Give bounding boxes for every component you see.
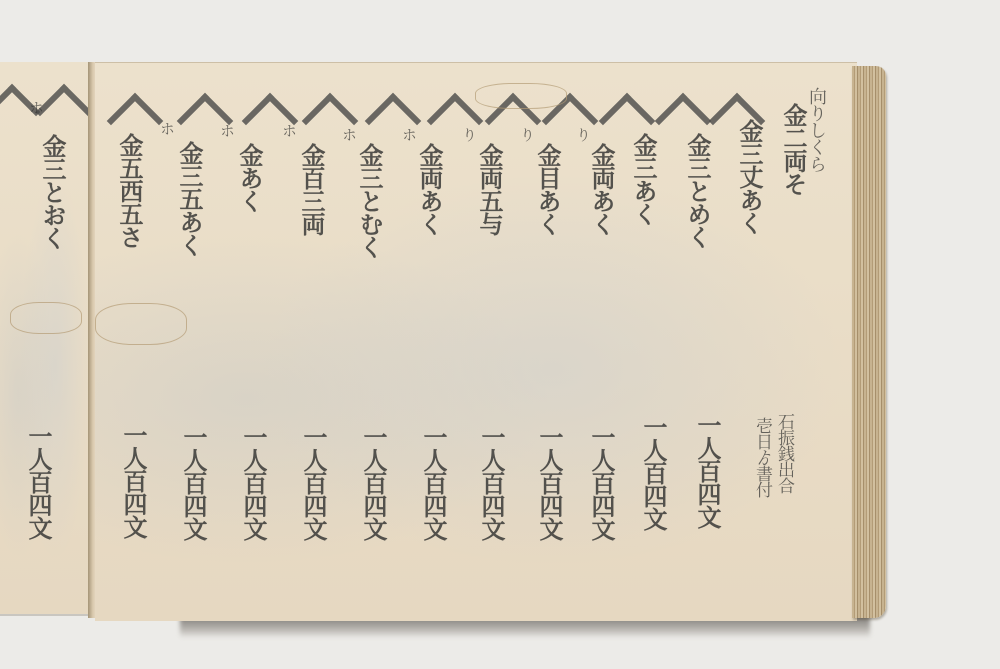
paper-damage (95, 303, 187, 345)
note-column: 石振銭出合 (775, 413, 792, 493)
paper-damage (10, 302, 82, 334)
ledger-column: 金三とむく (357, 143, 381, 258)
ledger-column: 金二両そ (781, 103, 805, 195)
annotation: り (575, 127, 590, 141)
left-page: ホ 金三とおく 一人百四文 (0, 62, 93, 614)
ledger-column: 金三五あく (177, 141, 201, 256)
ledger-column: 金三丈あく (737, 119, 761, 234)
annotation: ホ (159, 121, 174, 135)
annotation: り (519, 127, 534, 141)
ledger-column: 金三あく (631, 133, 655, 225)
ledger-column: 一人百四文 (26, 424, 50, 539)
paper-damage (475, 83, 567, 109)
header-column: 向りしくら (807, 87, 825, 172)
ledger-column: 一人百四文 (361, 425, 385, 540)
ledger-column: 一人百四文 (641, 415, 665, 530)
ledger-column: 金あく (237, 143, 261, 212)
annotation: ホ (341, 127, 356, 141)
ledger-column: 一人百四文 (479, 425, 503, 540)
ledger-column: 一人百四文 (301, 425, 325, 540)
annotation: り (461, 127, 476, 141)
ledger-column: 一人百四文 (241, 425, 265, 540)
ledger-column: 金目あく (535, 143, 559, 235)
ledger-column: 金両あく (417, 143, 441, 235)
ledger-column: 金両五与 (477, 143, 501, 235)
annotation: ホ (281, 123, 296, 137)
ledger-column: 一人百四文 (537, 425, 561, 540)
ledger-column: 金五西五さ (117, 133, 141, 248)
ledger-column: 金三とおく (40, 134, 64, 249)
chevron-mark-icon (242, 93, 299, 150)
ledger-column: 一人百四文 (695, 413, 719, 528)
page-edges (852, 66, 886, 618)
ledger-column: 一人百四文 (421, 425, 445, 540)
ledger-column: 一人百四文 (589, 425, 613, 540)
annotation: ホ (28, 100, 43, 114)
ledger-column: 金三とめく (685, 133, 709, 248)
ledger-column: 一人百四文 (121, 423, 145, 538)
ledger-column: 一人百四文 (181, 425, 205, 540)
right-page: 金五西五さ ホ 金三五あく ホ 金あく ホ 金百三両 ホ 金三とむく ホ 金両あ… (95, 62, 857, 621)
annotation: ホ (219, 123, 234, 137)
note-column: 壱日ゟ書付 (753, 417, 770, 497)
annotation: ホ (401, 127, 416, 141)
ledger-column: 金両あく (589, 143, 613, 235)
ledger-column: 金百三両 (299, 143, 323, 235)
